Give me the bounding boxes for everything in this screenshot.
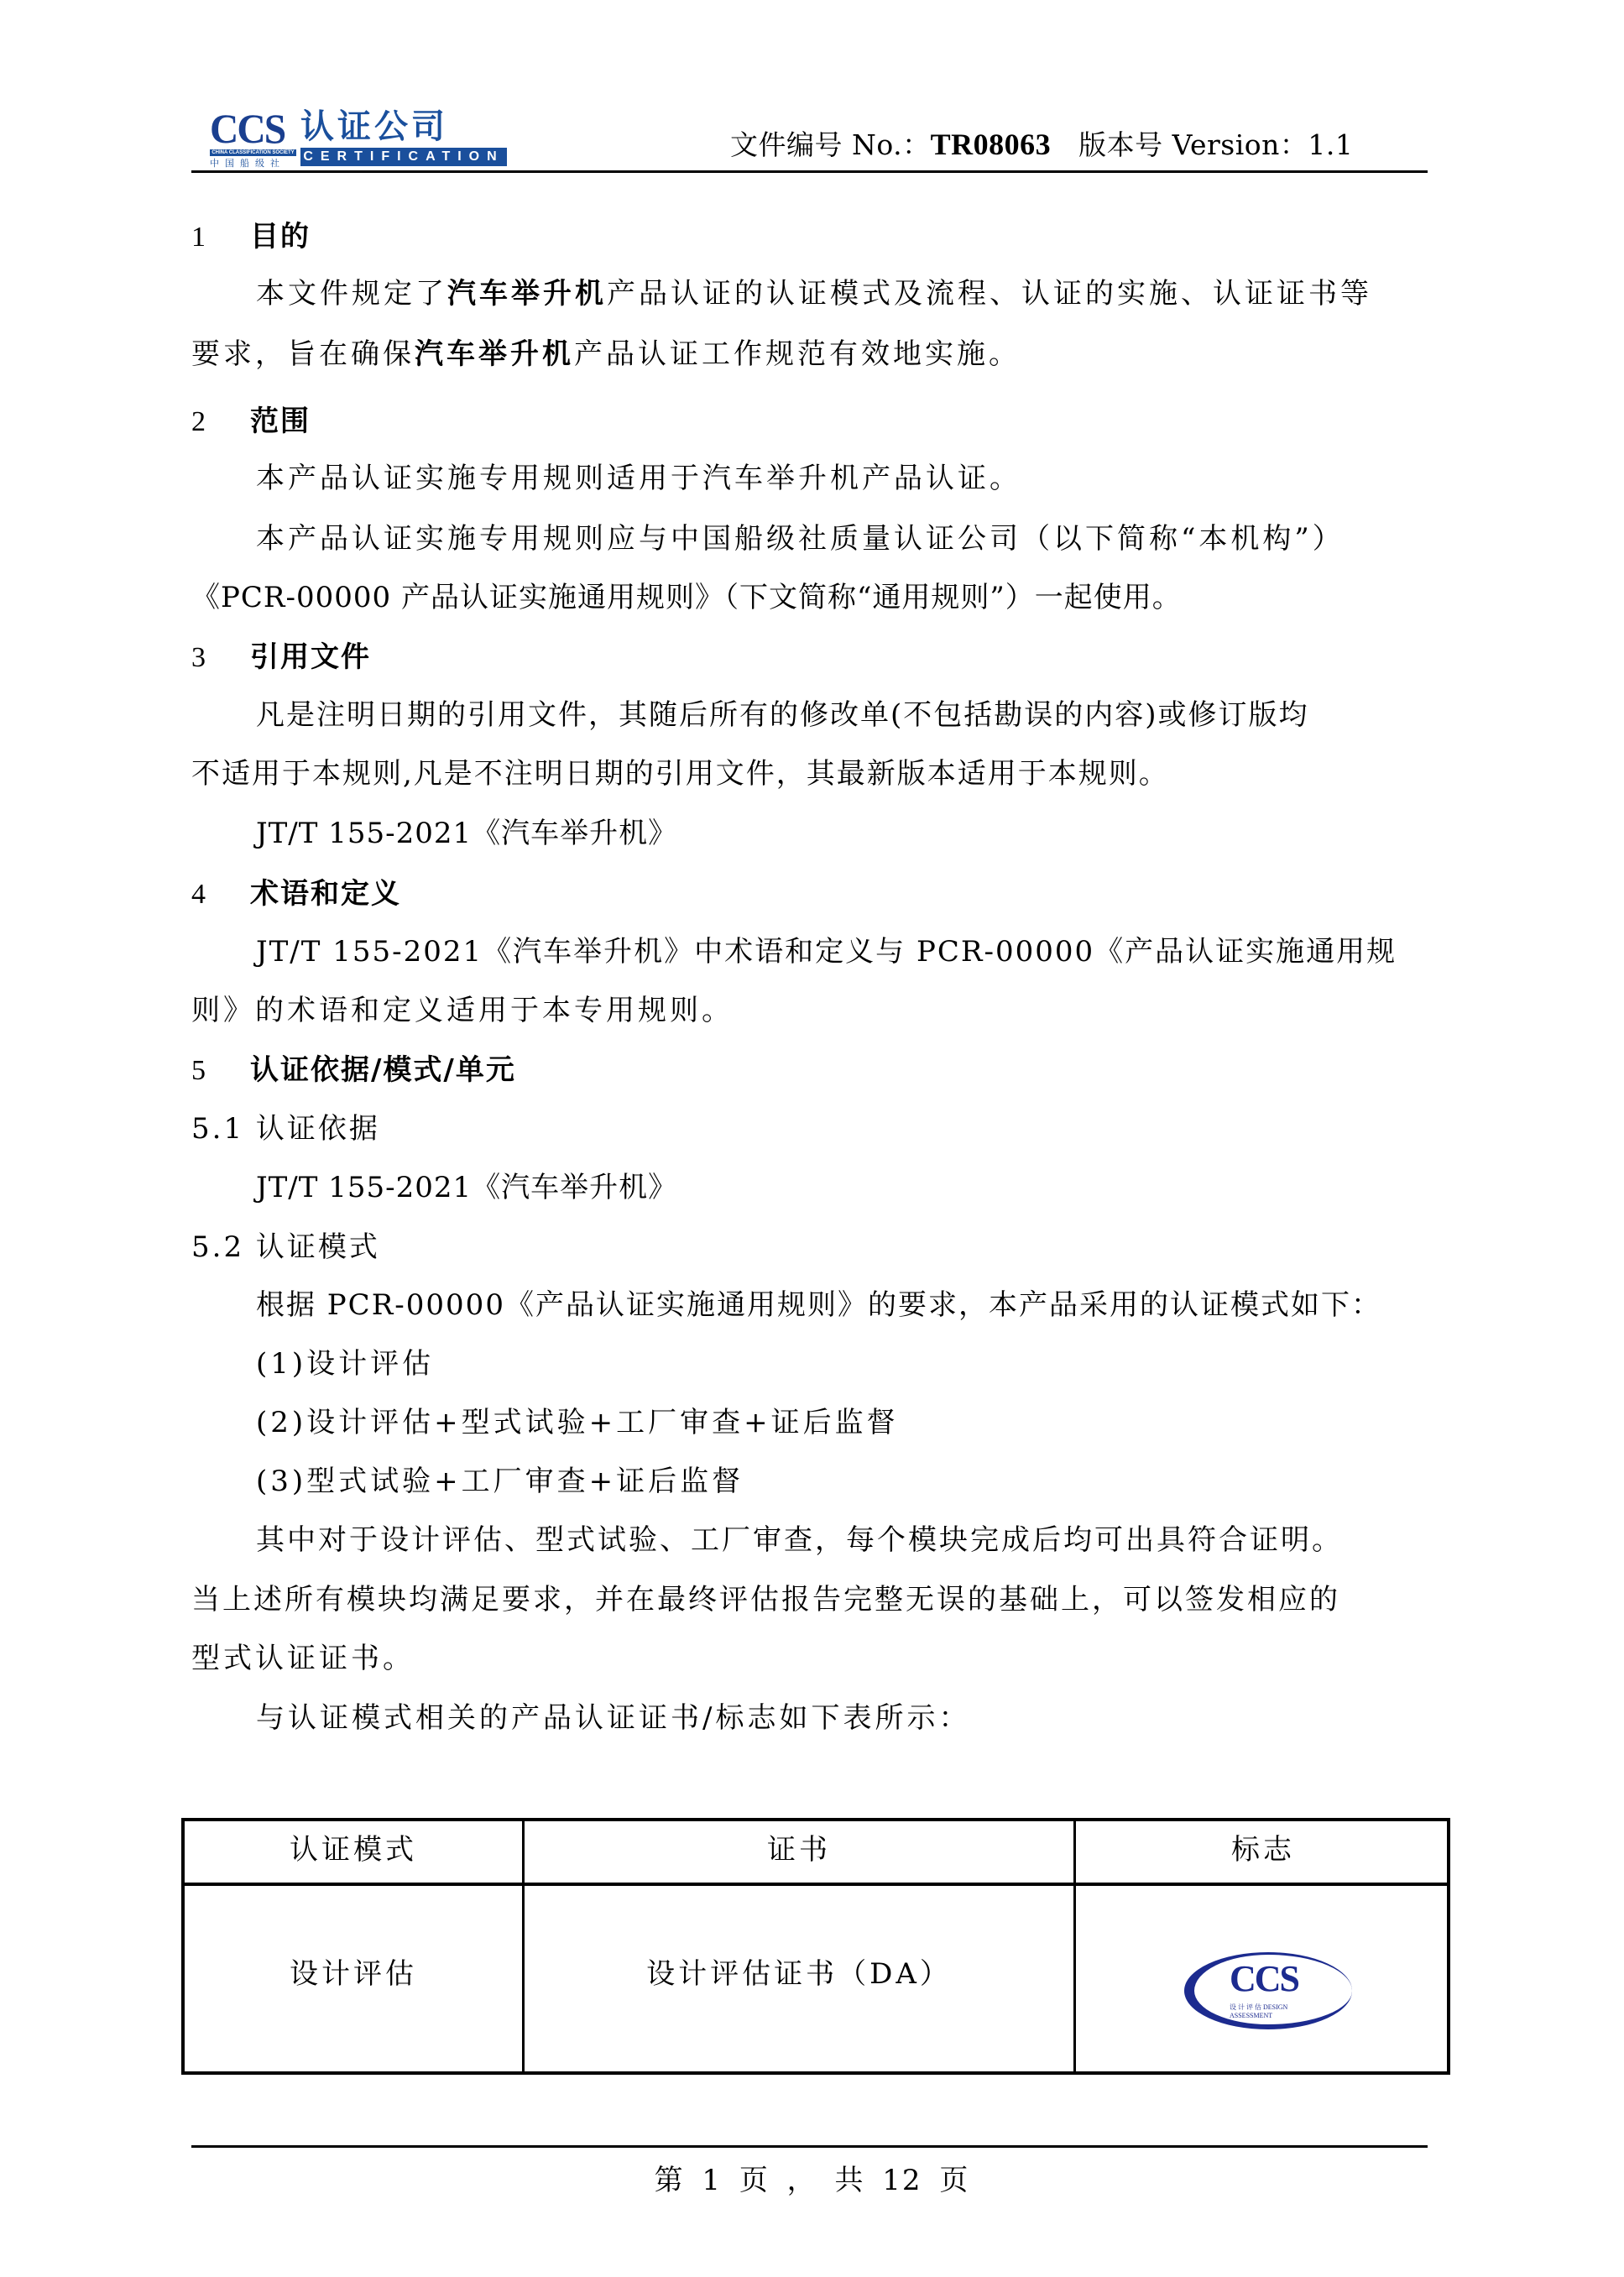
doc-no: TR08063 — [931, 128, 1052, 161]
paragraph: 《PCR-00000 产品认证实施通用规则》（下文简称“通用规则”）一起使用。 — [191, 581, 1182, 614]
paragraph: 则》的术语和定义适用于本专用规则。 — [191, 994, 734, 1027]
certificate-table: 认证模式 证书 标志 设计评估 设计评估证书（DA） — [181, 1818, 1450, 2075]
table-cell-certificate: 设计评估证书（DA） — [525, 1957, 1073, 1991]
logo-society-en: CHINA CLASSIFICATION SOCIETY — [210, 149, 296, 156]
section-heading-2: 2范围 — [191, 405, 311, 439]
section-heading-1: 1目的 — [191, 220, 311, 254]
logo-company-cn: 认证公司 — [300, 107, 448, 146]
header-divider — [191, 170, 1428, 173]
reference-standard: JT/T 155-2021《汽车举升机》 — [256, 1171, 677, 1204]
logo-society-cn: 中国船级社 — [210, 156, 285, 170]
table-header-certificate: 证书 — [525, 1833, 1073, 1867]
mode-item-2: (2)设计评估+型式试验+工厂审查+证后监督 — [256, 1406, 899, 1439]
paragraph: 根据 PCR-00000《产品认证实施通用规则》的要求，本产品采用的认证模式如下… — [256, 1288, 1381, 1322]
paragraph: 其中对于设计评估、型式试验、工厂审查，每个模块完成后均可出具符合证明。 — [256, 1523, 1343, 1557]
version-value: 1.1 — [1308, 128, 1353, 161]
table-cell-mode: 设计评估 — [185, 1957, 522, 1991]
mode-item-1: (1)设计评估 — [256, 1347, 434, 1381]
footer-divider — [191, 2145, 1428, 2148]
paragraph: 型式认证证书。 — [191, 1642, 415, 1675]
mode-item-3: (3)型式试验+工厂审查+证后监督 — [256, 1465, 744, 1498]
paragraph: 凡是注明日期的引用文件，其随后所有的修改单(不包括勘误的内容)或修订版均 — [256, 698, 1309, 732]
document-info: 文件编号 No.：TR08063 版本号 Version：1.1 — [730, 126, 1353, 164]
table-header-mark: 标志 — [1076, 1833, 1450, 1867]
logo-certification: CERTIFICATION — [300, 148, 507, 166]
doc-no-label: 文件编号 No.： — [730, 128, 931, 161]
paragraph: 要求，旨在确保汽车举升机产品认证工作规范有效地实施。 — [191, 337, 1021, 371]
section-heading-5: 5认证依据/模式/单元 — [191, 1053, 516, 1088]
mark-text: CCS — [1230, 1961, 1298, 1998]
paragraph: JT/T 155-2021《汽车举升机》中术语和定义与 PCR-00000《产品… — [256, 935, 1397, 969]
paragraph: 不适用于本规则,凡是不注明日期的引用文件，其最新版本适用于本规则。 — [191, 757, 1169, 791]
paragraph: 当上述所有模块均满足要求，并在最终评估报告完整无误的基础上，可以签发相应的 — [191, 1583, 1340, 1616]
table-header-divider — [185, 1883, 1447, 1886]
subsection-heading-5-1: 5.1 认证依据 — [191, 1112, 380, 1146]
paragraph: 与认证模式相关的产品认证证书/标志如下表所示： — [256, 1701, 970, 1735]
mark-subtitle: 设 计 评 估 DESIGN ASSESSMENT — [1230, 2003, 1322, 2019]
table-header-mode: 认证模式 — [185, 1833, 522, 1867]
section-heading-3: 3引用文件 — [191, 640, 371, 675]
paragraph: 本产品认证实施专用规则适用于汽车举升机产品认证。 — [256, 462, 1021, 495]
paragraph: 本产品认证实施专用规则应与中国船级社质量认证公司（以下简称“本机构”） — [256, 522, 1345, 556]
design-assessment-mark: CCS 设 计 评 估 DESIGN ASSESSMENT — [1179, 1947, 1322, 2031]
company-logo: CCS 认证公司 CHINA CLASSIFICATION SOCIETY 中国… — [210, 107, 504, 166]
page-number: 第 1 页 ， 共 12 页 — [0, 2157, 1624, 2198]
subsection-heading-5-2: 5.2 认证模式 — [191, 1230, 380, 1264]
section-heading-4: 4术语和定义 — [191, 877, 401, 911]
version-label: 版本号 Version： — [1078, 128, 1308, 161]
paragraph: 本文件规定了汽车举升机产品认证的认证模式及流程、认证的实施、认证证书等 — [256, 277, 1372, 311]
logo-mark: CCS — [210, 107, 285, 149]
reference-standard: JT/T 155-2021《汽车举升机》 — [256, 817, 677, 850]
